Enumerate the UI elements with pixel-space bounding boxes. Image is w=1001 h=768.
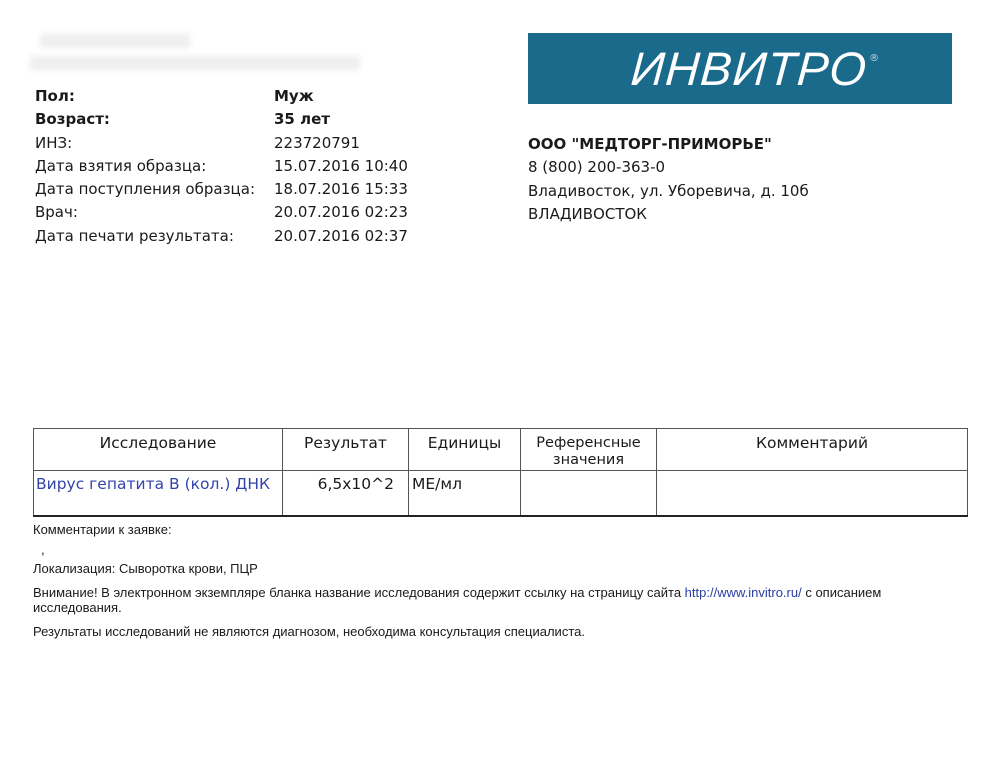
info-row-received-date: Дата поступления образца: 18.07.2016 15:…: [35, 178, 408, 201]
notes-section: Комментарии к заявке: , Локализация: Сыв…: [33, 522, 933, 639]
invitro-logo: ИНВИТРО ®: [528, 33, 952, 104]
cell-result: 6,5x10^2: [283, 471, 409, 517]
info-row-print-date: Дата печати результата: 20.07.2016 02:37: [35, 225, 408, 248]
info-value: 15.07.2016 10:40: [274, 155, 408, 178]
lab-phone: 8 (800) 200-363-0: [528, 156, 809, 179]
logo-text: ИНВИТРО: [629, 41, 869, 96]
header-comment: Комментарий: [657, 429, 968, 471]
invitro-url-link[interactable]: http://www.invitro.ru/: [685, 585, 802, 600]
info-row-sex: Пол: Муж: [35, 85, 408, 108]
info-label: Дата печати результата:: [35, 225, 274, 248]
info-value: 223720791: [274, 132, 360, 155]
warning-text-before: Внимание! В электронном экземпляре бланк…: [33, 585, 685, 600]
info-value: 20.07.2016 02:37: [274, 225, 408, 248]
header-result: Результат: [283, 429, 409, 471]
localization-note: Локализация: Сыворотка крови, ПЦР: [33, 561, 933, 576]
header-study: Исследование: [34, 429, 283, 471]
info-value: 18.07.2016 15:33: [274, 178, 408, 201]
info-row-inz: ИНЗ: 223720791: [35, 132, 408, 155]
warning-note: Внимание! В электронном экземпляре бланк…: [33, 585, 933, 615]
comments-label: Комментарии к заявке:: [33, 522, 933, 537]
info-row-doctor: Врач: 20.07.2016 02:23: [35, 201, 408, 224]
lab-address: Владивосток, ул. Уборевича, д. 10б: [528, 180, 809, 203]
info-value: 35 лет: [274, 108, 330, 131]
info-row-age: Возраст: 35 лет: [35, 108, 408, 131]
table-row: Вирус гепатита В (кол.) ДНК 6,5x10^2 МЕ/…: [34, 471, 968, 517]
info-label: Пол:: [35, 85, 274, 108]
cell-reference: [521, 471, 657, 517]
disclaimer-note: Результаты исследований не являются диаг…: [33, 624, 933, 639]
info-value: Муж: [274, 85, 314, 108]
patient-info: Пол: Муж Возраст: 35 лет ИНЗ: 223720791 …: [35, 85, 408, 248]
lab-city: ВЛАДИВОСТОК: [528, 203, 809, 226]
cell-comment: [657, 471, 968, 517]
info-row-sample-date: Дата взятия образца: 15.07.2016 10:40: [35, 155, 408, 178]
redacted-patient-name: [30, 30, 360, 78]
lab-name: ООО "МЕДТОРГ-ПРИМОРЬЕ": [528, 133, 809, 156]
info-label: Возраст:: [35, 108, 274, 131]
lab-info: ООО "МЕДТОРГ-ПРИМОРЬЕ" 8 (800) 200-363-0…: [528, 133, 809, 226]
results-table: Исследование Результат Единицы Референсн…: [33, 428, 968, 517]
info-label: Дата поступления образца:: [35, 178, 274, 201]
info-label: Дата взятия образца:: [35, 155, 274, 178]
info-value: 20.07.2016 02:23: [274, 201, 408, 224]
header-reference: Референсные значения: [521, 429, 657, 471]
cell-study: Вирус гепатита В (кол.) ДНК: [34, 471, 283, 517]
header-units: Единицы: [409, 429, 521, 471]
table-header-row: Исследование Результат Единицы Референсн…: [34, 429, 968, 471]
registered-mark-icon: ®: [869, 53, 879, 64]
cell-units: МЕ/мл: [409, 471, 521, 517]
info-label: Врач:: [35, 201, 274, 224]
comments-value: ,: [41, 545, 933, 555]
info-label: ИНЗ:: [35, 132, 274, 155]
study-link[interactable]: Вирус гепатита В (кол.) ДНК: [36, 475, 279, 493]
